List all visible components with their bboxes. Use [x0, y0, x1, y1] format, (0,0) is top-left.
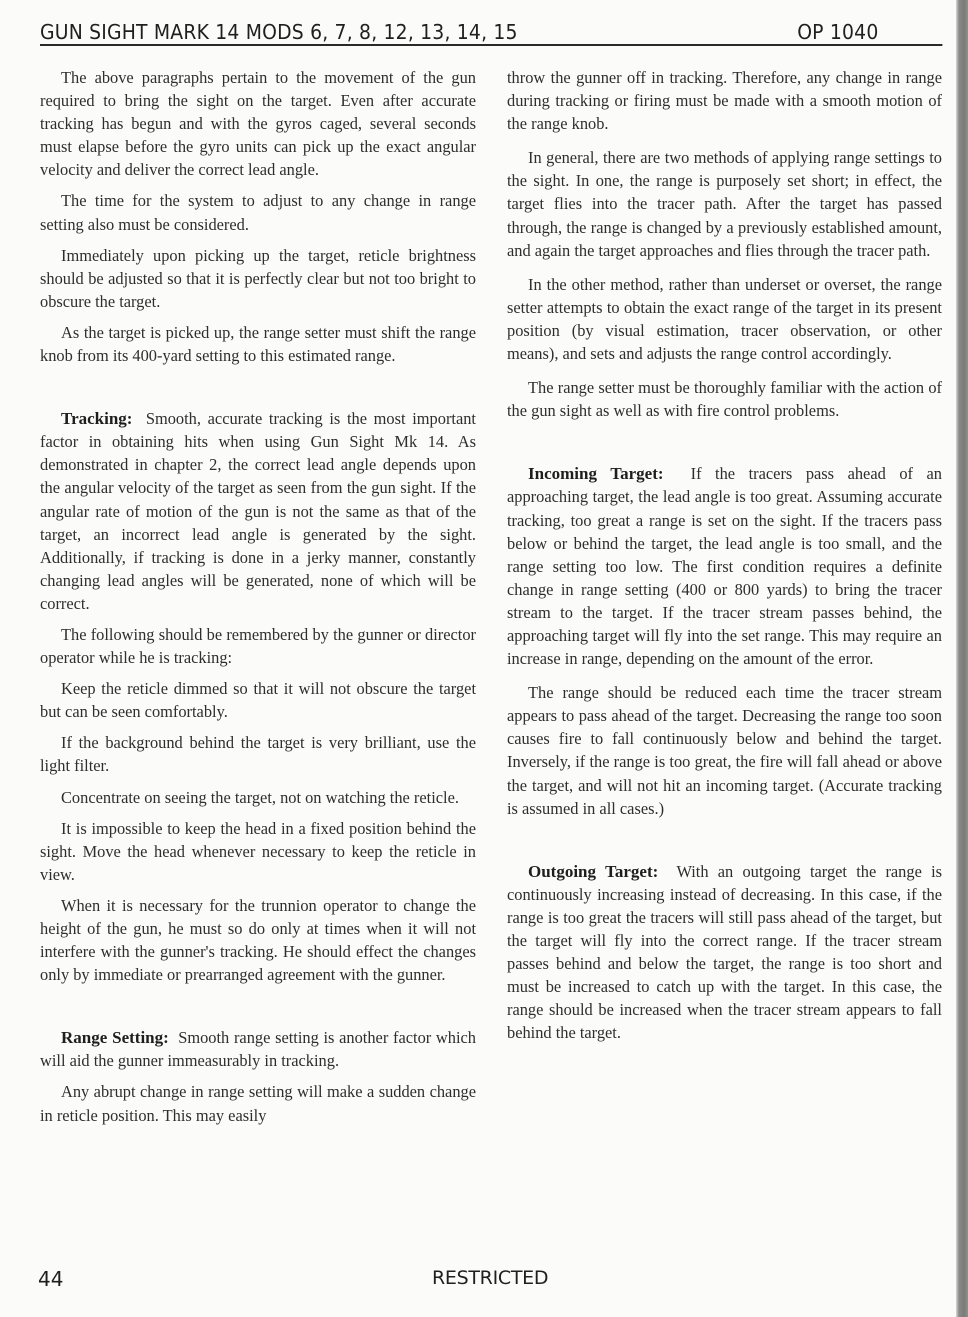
paragraph: Keep the reticle dimmed so that it will …: [40, 677, 476, 723]
page-number: 44: [38, 1267, 63, 1291]
right-column: throw the gunner off in tracking. Theref…: [507, 66, 942, 1044]
classification-label: RESTRICTED: [432, 1267, 548, 1289]
section-text: Smooth, accurate tracking is the most im…: [40, 409, 476, 613]
paragraph: In the other method, rather than underse…: [507, 273, 942, 365]
section-tracking: Tracking: Smooth, accurate tracking is t…: [40, 407, 476, 615]
section-range-setting: Range Setting: Smooth range setting is a…: [40, 1026, 476, 1072]
left-column: The above paragraphs pertain to the move…: [40, 66, 476, 1127]
paragraph: Any abrupt change in range setting will …: [40, 1080, 476, 1126]
paragraph: Immediately upon picking up the target, …: [40, 244, 476, 313]
paragraph: The range should be reduced each time th…: [507, 681, 942, 820]
paragraph: When it is necessary for the trunnion op…: [40, 894, 476, 986]
section-heading: Tracking:: [61, 409, 132, 428]
paragraph: If the background behind the target is v…: [40, 731, 476, 777]
running-header: GUN SIGHT MARK 14 MODS 6, 7, 8, 12, 13, …: [40, 18, 942, 46]
section-incoming-target: Incoming Target: If the tracers pass ahe…: [507, 462, 942, 670]
paragraph: In general, there are two methods of app…: [507, 146, 942, 261]
paragraph: The time for the system to adjust to any…: [40, 189, 476, 235]
section-text: If the tracers pass ahead of an approach…: [507, 464, 942, 668]
paragraph: The above paragraphs pertain to the move…: [40, 66, 476, 181]
paragraph: It is impossible to keep the head in a f…: [40, 817, 476, 886]
section-heading: Incoming Target:: [528, 464, 664, 483]
document-id: OP 1040: [797, 20, 878, 44]
document-title: GUN SIGHT MARK 14 MODS 6, 7, 8, 12, 13, …: [40, 20, 518, 44]
paragraph: The range setter must be thoroughly fami…: [507, 376, 942, 422]
section-text: With an outgoing target the range is con…: [507, 862, 942, 1043]
section-heading: Outgoing Target:: [528, 862, 658, 881]
paragraph: Concentrate on seeing the target, not on…: [40, 786, 476, 809]
paragraph: As the target is picked up, the range se…: [40, 321, 476, 367]
section-heading: Range Setting:: [61, 1028, 169, 1047]
page-binding-edge: [956, 0, 968, 1317]
section-outgoing-target: Outgoing Target: With an outgoing target…: [507, 860, 942, 1045]
paragraph-continued: throw the gunner off in tracking. Theref…: [507, 66, 942, 135]
paragraph: The following should be remembered by th…: [40, 623, 476, 669]
